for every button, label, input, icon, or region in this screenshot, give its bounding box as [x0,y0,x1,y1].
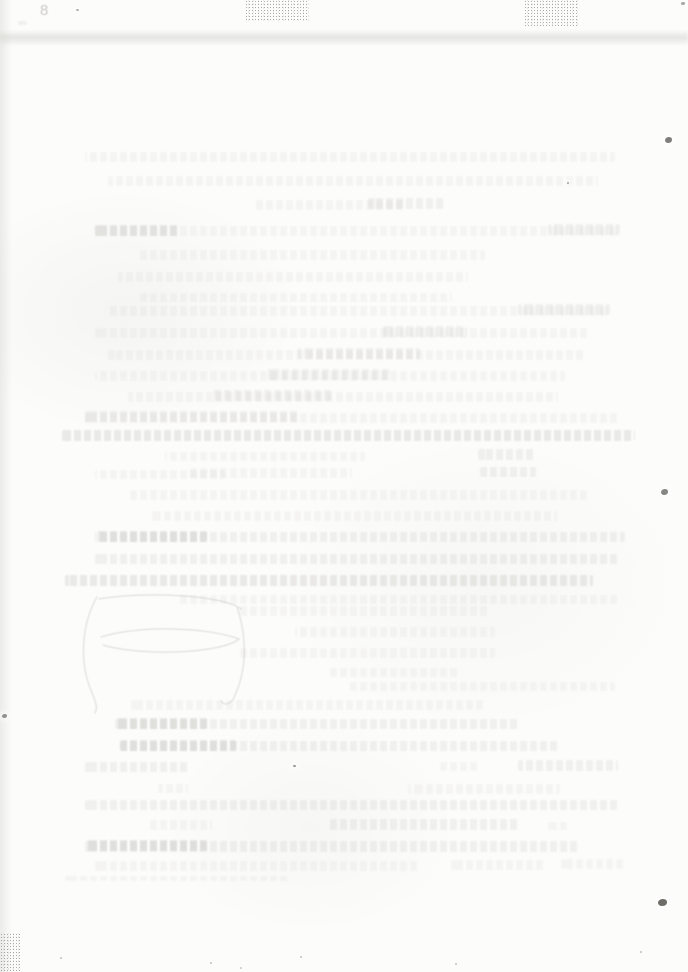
faint-text-line [408,784,560,794]
grain-patch [0,933,20,972]
ink-speck [60,957,62,959]
faint-text-line [65,876,290,881]
faint-text-line [518,760,618,771]
faint-text-line [545,822,567,830]
faint-text-line [518,304,610,315]
faint-text-line [95,861,420,871]
page-edge-shading [0,0,12,972]
faint-text-line [295,627,495,637]
pencil-stroke [83,597,97,685]
faint-text-line [95,554,620,564]
faint-text-line [165,452,365,461]
faint-text-line [478,449,536,460]
faint-text-line [95,328,590,338]
faint-text-line [240,606,490,616]
ink-speck [661,489,668,495]
faint-text-line [95,225,180,236]
faint-text-line [118,272,468,282]
faint-text-line [140,250,485,260]
grain-patch [245,0,309,22]
faint-text-line [85,800,620,810]
faint-text-line [140,293,452,302]
faint-text-line [240,648,495,658]
faint-text-line [190,468,352,478]
faint-text-line [440,762,480,771]
ink-speck [455,963,457,965]
pencil-stroke [89,685,96,713]
pencil-stroke [101,629,239,652]
faint-text-line [558,859,623,869]
faint-text-line [350,682,615,691]
faint-text-line [108,176,598,186]
ink-speck [240,967,242,969]
faint-text-line [266,369,390,380]
ink-speck [293,765,296,767]
ink-speck [567,182,569,184]
ink-speck [658,899,667,906]
scanned-page: 8 [0,0,688,972]
faint-text-line [298,348,420,359]
ink-speck [2,714,7,718]
faint-text-line [152,511,557,521]
faint-text-line [480,467,536,477]
faint-text-line [15,21,27,25]
pencil-stroke [235,607,244,695]
pencil-stroke [99,595,241,609]
ink-speck [640,951,642,953]
corner-pencil-mark: 8 [40,2,48,19]
faint-text-line [548,224,620,235]
ink-speck [665,137,672,143]
faint-text-line [150,820,212,830]
faint-text-line [130,490,590,500]
pencil-sketch [75,585,275,720]
faint-text-line [85,152,615,162]
ink-speck [76,9,79,11]
faint-text-line [368,198,446,209]
faint-text-line [128,392,558,402]
faint-text-line [448,860,543,870]
faint-text-line [95,531,207,542]
grain-patch [524,0,578,26]
faint-text-line [85,411,300,422]
scan-band [0,30,688,46]
faint-text-line [212,390,332,401]
faint-text-line [383,326,467,337]
pencil-stroke [221,695,235,704]
faint-text-line [330,819,520,830]
ink-speck [210,962,212,964]
faint-text-line [85,840,207,851]
ink-speck [300,956,302,958]
faint-text-line [330,668,460,677]
faint-text-line [158,784,188,793]
faint-text-line [120,740,236,751]
faint-text-line [85,762,190,772]
faint-text-line [62,430,635,441]
ink-speck [681,2,685,5]
